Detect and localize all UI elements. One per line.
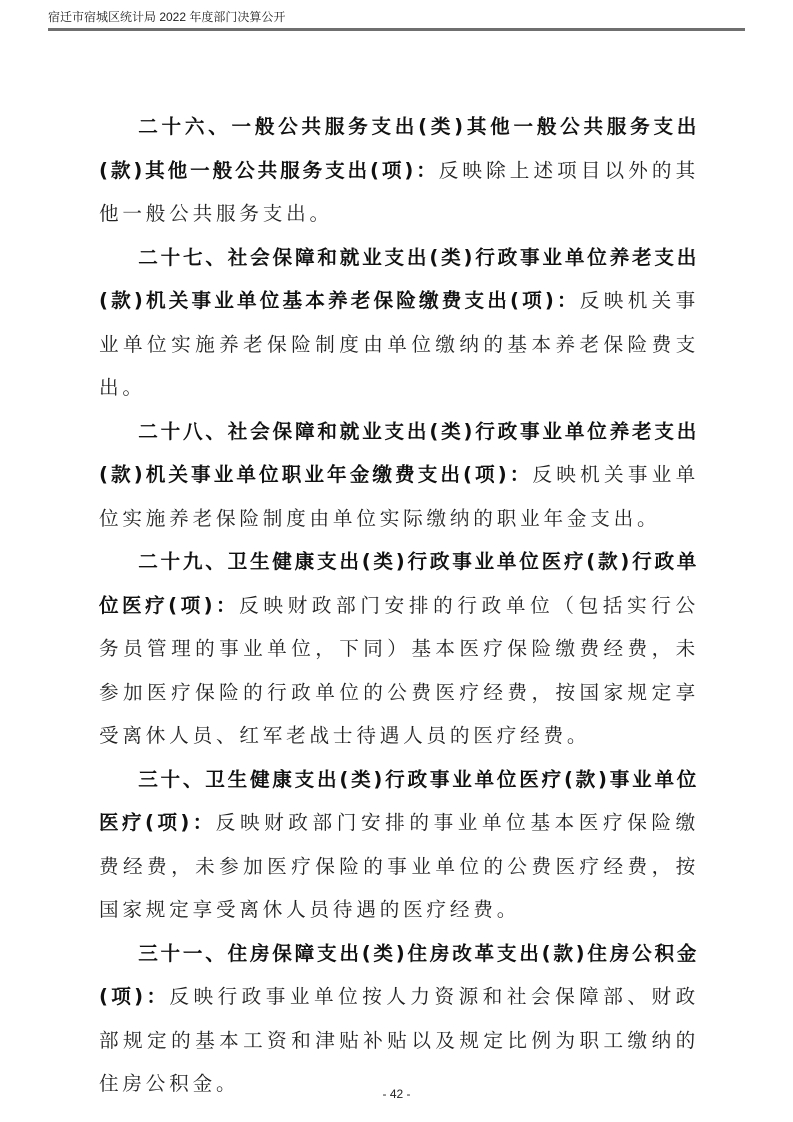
paragraph-item-31: 三十一、住房保障支出(类)住房改革支出(款)住房公积金(项)：反映行政事业单位按…: [99, 932, 699, 1106]
document-title: 宿迁市宿城区统计局 2022 年度部门决算公开: [48, 8, 745, 26]
paragraph-item-28: 二十八、社会保障和就业支出(类)行政事业单位养老支出(款)机关事业单位职业年金缴…: [99, 410, 699, 541]
paragraph-item-26: 二十六、一般公共服务支出(类)其他一般公共服务支出(款)其他一般公共服务支出(项…: [99, 105, 699, 236]
header-divider: [48, 28, 745, 31]
paragraph-item-27: 二十七、社会保障和就业支出(类)行政事业单位养老支出(款)机关事业单位基本养老保…: [99, 236, 699, 410]
document-body: 二十六、一般公共服务支出(类)其他一般公共服务支出(款)其他一般公共服务支出(项…: [99, 105, 699, 1106]
paragraph-item-30: 三十、卫生健康支出(类)行政事业单位医疗(款)事业单位医疗(项)：反映财政部门安…: [99, 758, 699, 932]
page-header: 宿迁市宿城区统计局 2022 年度部门决算公开: [48, 8, 745, 31]
paragraph-item-29: 二十九、卫生健康支出(类)行政事业单位医疗(款)行政单位医疗(项)：反映财政部门…: [99, 540, 699, 758]
item-description: 反映行政事业单位按人力资源和社会保障部、财政部规定的基本工资和津贴补贴以及规定比…: [99, 985, 699, 1095]
page-number: - 42 -: [0, 1087, 793, 1101]
